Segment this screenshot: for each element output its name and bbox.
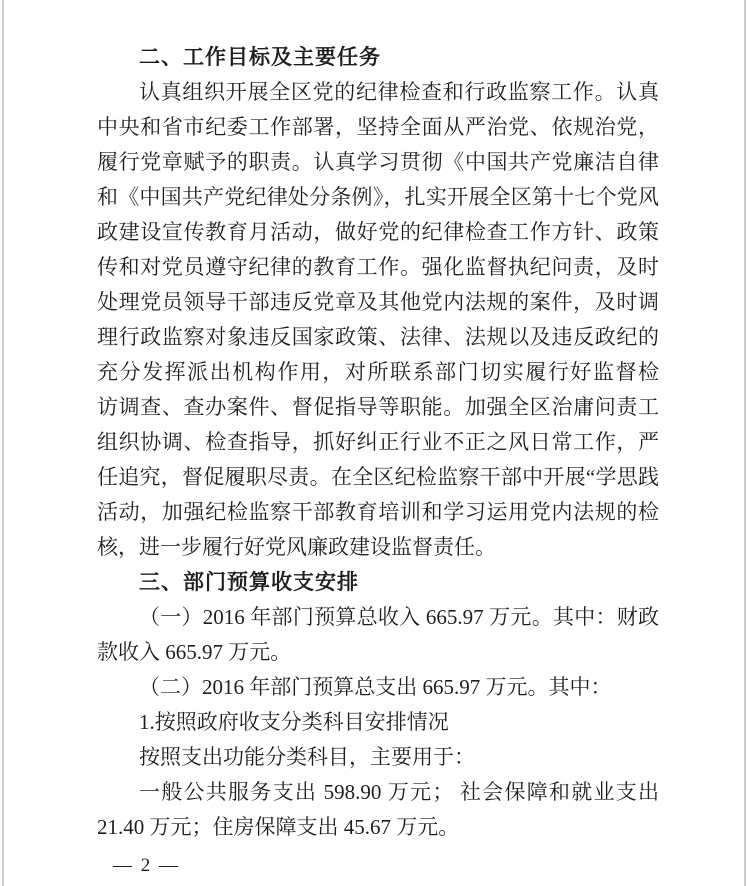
heading-section-3-budget: 三、部门预算收支安排: [97, 565, 659, 600]
paragraph-work-goals-line: 和《中国共产党纪律处分条例》，扎实开展全区第十七个党风廉: [97, 180, 659, 215]
paragraph-function-classification-line: 按照支出功能分类科目，主要用于：: [97, 740, 659, 775]
scan-edge-right: [744, 0, 746, 886]
paragraph-expense-breakdown-line: 21.40 万元；住房保障支出 45.67 万元。: [97, 810, 659, 845]
paragraph-work-goals-line: 活动，加强纪检监察干部教育培训和学习运用党内法规的检查考: [97, 495, 659, 530]
heading-section-2-work-goals: 二、工作目标及主要任务: [97, 40, 659, 75]
paragraph-work-goals-line: 中央和省市纪委工作部署，坚持全面从严治党、依规治党，忠诚: [97, 110, 659, 145]
document-body: 二、工作目标及主要任务认真组织开展全区党的纪律检查和行政监察工作。认真贯彻中央和…: [97, 40, 659, 878]
paragraph-work-goals-line: 组织协调、检查指导，抓好纠正行业不正之风日常工作，严格责: [97, 425, 659, 460]
paragraph-work-goals-line: 传和对党员遵守纪律的教育工作。强化监督执纪问责，及时调查: [97, 250, 659, 285]
paragraph-work-goals-line: 处理党员领导干部违反党章及其他党内法规的案件，及时调查处: [97, 285, 659, 320]
paragraph-work-goals-line: 访调查、查办案件、督促指导等职能。加强全区治庸问责工作的: [97, 390, 659, 425]
paragraph-budget-expense-line: （二）2016 年部门预算总支出 665.97 万元。其中：: [97, 670, 659, 705]
paragraph-budget-income-line: 款收入 665.97 万元。: [97, 635, 659, 670]
page-number: — 2 —: [113, 854, 659, 878]
scan-edge-left: [2, 0, 4, 886]
paragraph-work-goals-line: 履行党章赋予的职责。认真学习贯彻《中国共产党廉洁自律准则》: [97, 145, 659, 180]
paragraph-classification-title-line: 1.按照政府收支分类科目安排情况: [97, 705, 659, 740]
paragraph-work-goals-line: 任追究，督促履职尽责。在全区纪检监察干部中开展“学思践悟”: [97, 460, 659, 495]
paragraph-expense-breakdown-line: 一般公共服务支出 598.90 万元； 社会保障和就业支出: [97, 775, 659, 810]
paragraph-work-goals-line: 核，进一步履行好党风廉政建设监督责任。: [97, 530, 659, 565]
paragraph-budget-income-line: （一）2016 年部门预算总收入 665.97 万元。其中：财政拨: [97, 600, 659, 635]
paragraph-work-goals-line: 充分发挥派出机构作用，对所联系部门切实履行好监督检查、信: [97, 355, 659, 390]
paragraph-work-goals-line: 认真组织开展全区党的纪律检查和行政监察工作。认真贯彻: [97, 75, 659, 110]
paragraph-work-goals-line: 政建设宣传教育月活动，做好党的纪律检查工作方针、政策的宣: [97, 215, 659, 250]
paragraph-work-goals-line: 理行政监察对象违反国家政策、法律、法规以及违反政纪的行为。: [97, 320, 659, 355]
